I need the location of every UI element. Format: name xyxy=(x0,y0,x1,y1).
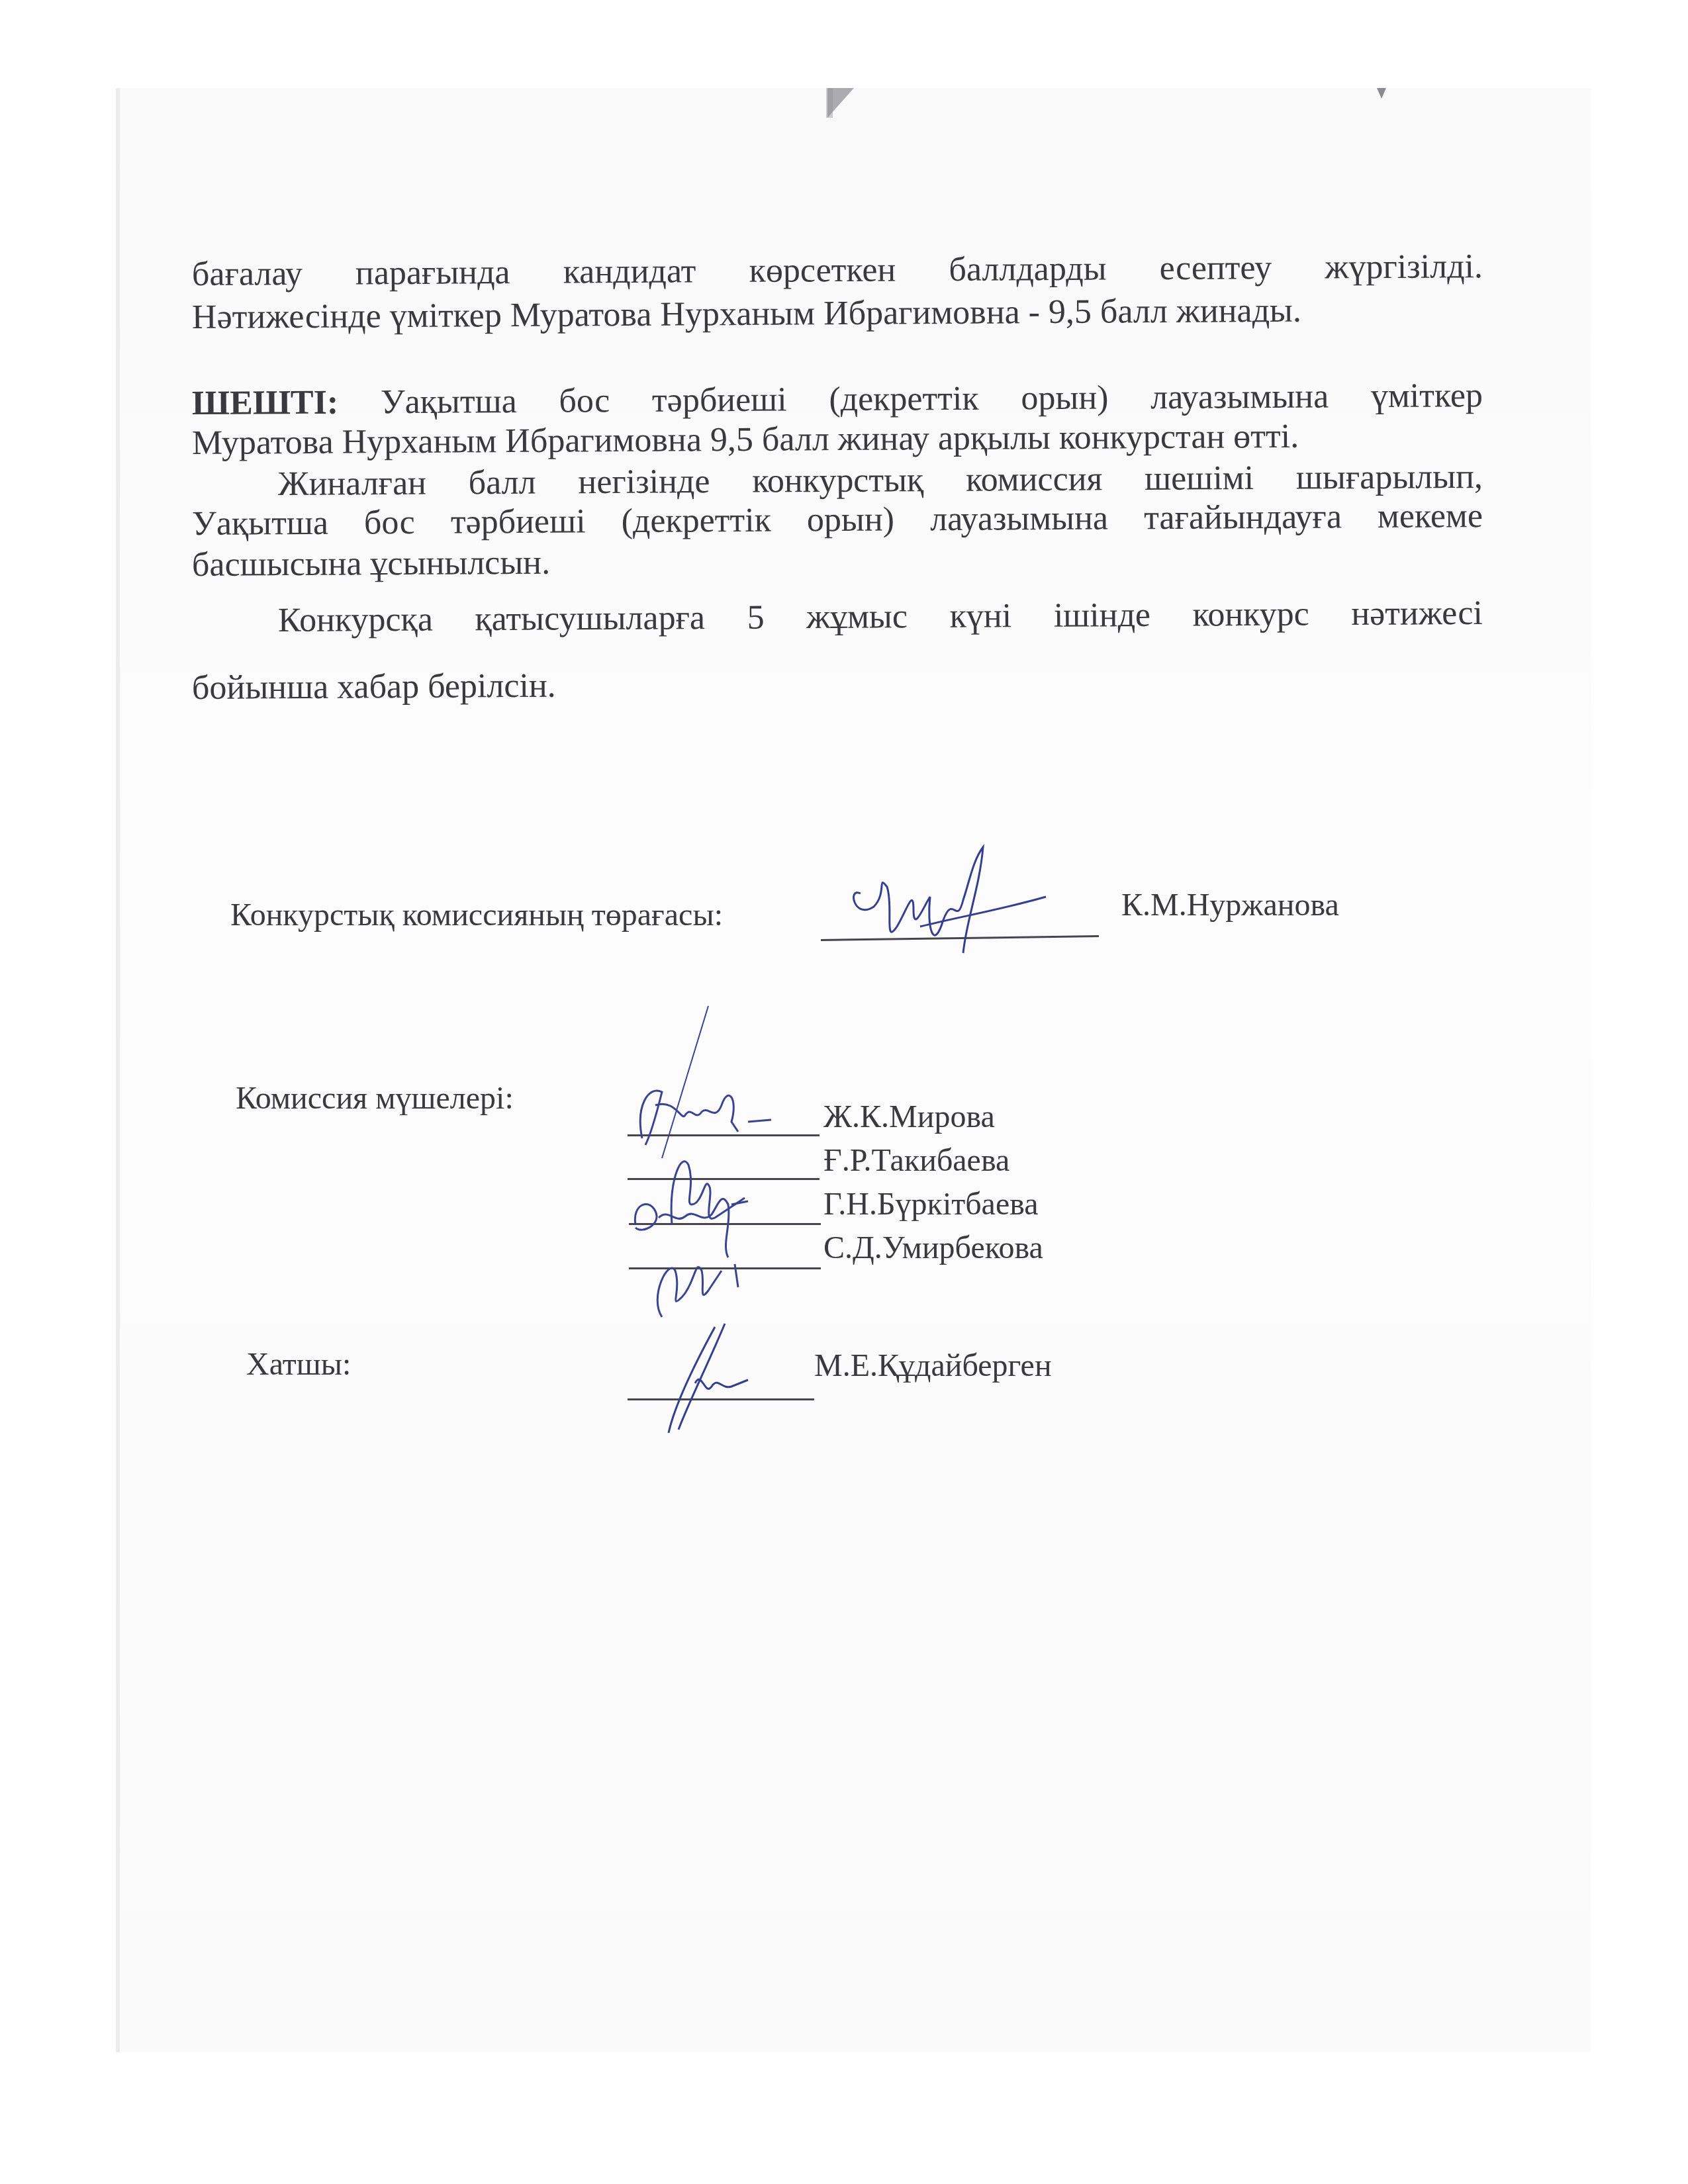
decision-line-2: Муратова Нурханым Ибрагимовна 9,5 балл ж… xyxy=(192,416,1483,463)
member-name: Г.Н.Бүркітбаева xyxy=(823,1186,1039,1223)
secretary-name: М.Е.Құдайберген xyxy=(814,1347,1052,1385)
intro-line-2: Нәтижесінде үміткер Муратова Нурханым Иб… xyxy=(192,291,1436,338)
decision-label: ШЕШТІ: xyxy=(192,384,338,422)
commission-line-3: басшысына ұсынылсын. xyxy=(192,537,1483,585)
intro-line-1: бағалау парағында кандидат көрсеткен бал… xyxy=(192,247,1483,295)
chair-name: К.М.Нуржанова xyxy=(1121,887,1339,924)
notify-line-2: бойынша хабар берілсін. xyxy=(192,660,1483,708)
secretary-signature xyxy=(655,1324,774,1439)
commission-line-2: Уақытша бос тәрбиеші (декреттік орын) ла… xyxy=(192,496,1483,544)
member-signatures xyxy=(622,1006,821,1327)
notify-line-1: Конкурсқа қатысушыларға 5 жұмыс күні іші… xyxy=(278,594,1483,641)
members-label: Комиссия мүшелері: xyxy=(236,1080,514,1117)
chair-label: Конкурстық комиссияның төрағасы: xyxy=(230,897,723,934)
member-name: Ғ.Р.Такибаева xyxy=(823,1142,1009,1179)
member-name: С.Д.Умирбекова xyxy=(823,1230,1043,1267)
chair-signature xyxy=(847,847,1072,963)
member-name: Ж.К.Мирова xyxy=(823,1099,995,1136)
secretary-label: Хатшы: xyxy=(246,1346,351,1383)
decision-line-1-text: Уақытша бос тәрбиеші (декреттік орын) ла… xyxy=(338,377,1483,422)
